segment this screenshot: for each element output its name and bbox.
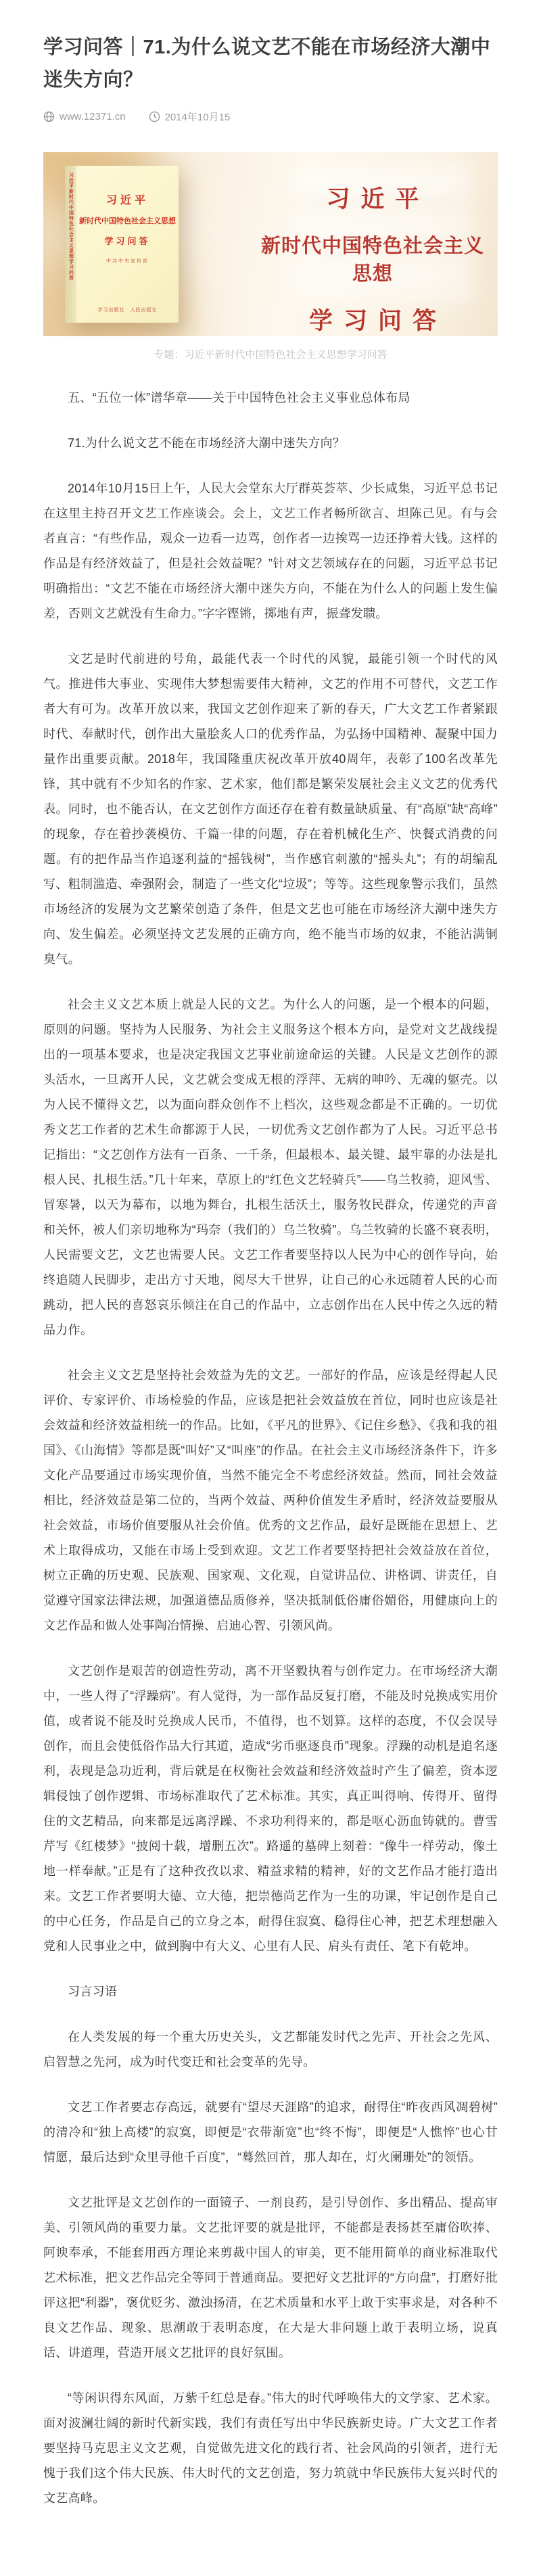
article-meta: www.12371.cn 2014年10月15 [43,110,498,124]
book-publishers: 学习出版社 人民出版社 [76,306,179,313]
book-title-line2: 新时代中国特色社会主义思想 [76,215,179,226]
book-editor: 中共中央宣传部 [76,258,179,264]
source-meta: www.12371.cn [43,111,126,122]
article-body: 五、“五位一体”谱华章——关于中国特色社会主义事业总体布局71.为什么说文艺不能… [43,386,498,2511]
globe-icon [43,111,55,122]
book-title-line1: 习近平 [76,191,179,207]
question-heading: 71.为什么说文艺不能在市场经济大潮中迷失方向？ [43,431,498,456]
page-title: 学习问答｜71.为什么说文艺不能在市场经济大潮中迷失方向？ [43,31,498,96]
banner-caption: 专题：习近平新时代中国特色社会主义思想学习问答 [43,347,498,361]
banner-headline-line3: 学习问答 [253,302,492,336]
paragraph: 社会主义文艺是坚持社会效益为先的文艺。一部好的作品，应该是经得起人民评价、专家评… [43,1363,498,1638]
paragraph: 文艺创作是艰苦的创造性劳动，离不开坚毅执着与创作定力。在市场经济大潮中，一些人得… [43,1659,498,1959]
label: 习言习语 [43,1979,498,2004]
publish-date: 2014年10月15 [165,110,231,124]
paragraph: “等闲识得东风面，万紫千红总是春。”伟大的时代呼唤伟大的文学家、艺术家。面对波澜… [43,2386,498,2511]
paragraph: 在人类发展的每一个重大历史关头，文艺都能发时代之先声、开社会之先风、启智慧之先河… [43,2025,498,2075]
banner-image: 习近平新时代中国特色社会主义思想学习问答 习近平 新时代中国特色社会主义思想 学… [43,152,498,336]
article-page: 学习问答｜71.为什么说文艺不能在市场经济大潮中迷失方向？ www.12371.… [0,0,541,2558]
paragraph: 2014年10月15日上午，人民大会堂东大厅群英荟萃、少长咸集，习近平总书记在这… [43,476,498,626]
date-meta: 2014年10月15 [149,110,231,124]
paragraph: 文艺是时代前进的号角，最能代表一个时代的风貌，最能引领一个时代的风气。推进伟大事… [43,647,498,972]
source-site: www.12371.cn [60,111,126,122]
banner-headline-line2: 新时代中国特色社会主义思想 [253,231,492,286]
paragraph: 文艺批评是文艺创作的一面镜子、一剂良药，是引导创作、多出精品、提高审美、引领风尚… [43,2190,498,2366]
book-cover: 习近平新时代中国特色社会主义思想学习问答 习近平 新时代中国特色社会主义思想 学… [65,166,179,323]
clock-icon [149,111,160,122]
section-heading: 五、“五位一体”谱华章——关于中国特色社会主义事业总体布局 [43,386,498,411]
paragraph: 文艺工作者要志存高远，就要有“望尽天涯路”的追求，耐得住“昨夜西风凋碧树”的清冷… [43,2095,498,2170]
book-front: 习近平 新时代中国特色社会主义思想 学习问答 中共中央宣传部 学习出版社 人民出… [76,166,179,323]
banner-headline-line1: 习近平 [253,181,492,214]
book-spine: 习近平新时代中国特色社会主义思想学习问答 [65,166,76,323]
paragraph: 社会主义文艺本质上就是人民的文艺。为什么人的问题，是一个根本的问题，原则的问题。… [43,992,498,1343]
book-spine-text: 习近平新时代中国特色社会主义思想学习问答 [68,172,74,323]
banner-headline: 习近平 新时代中国特色社会主义思想 学习问答 [253,181,492,336]
book-title-line3: 学习问答 [76,234,179,247]
